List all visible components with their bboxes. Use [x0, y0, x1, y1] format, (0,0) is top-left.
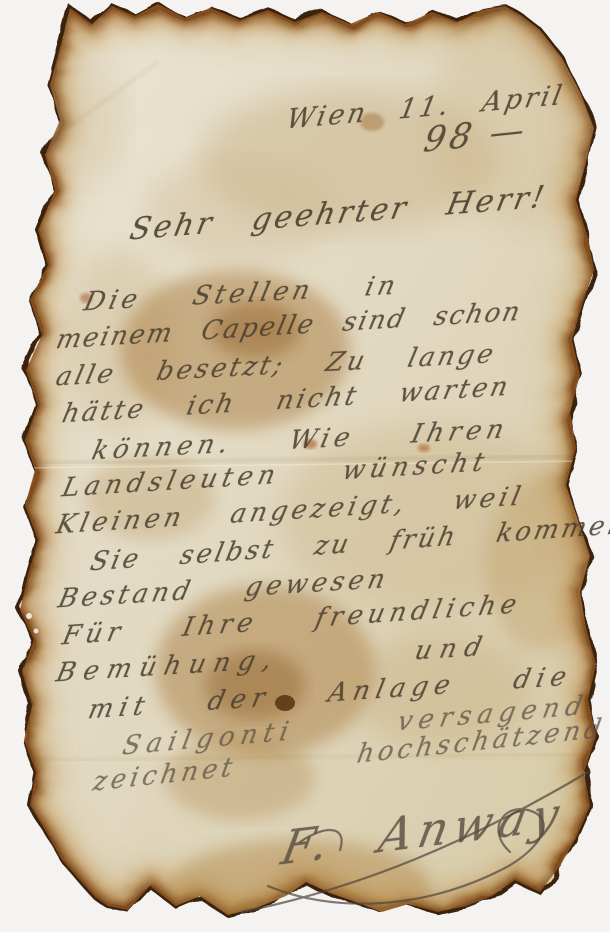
pinhole	[26, 613, 32, 619]
photograph-of-burnt-letter: Wien 11. April 98 — Sehr geehrter Herr! …	[0, 0, 610, 932]
pinhole	[34, 629, 39, 634]
